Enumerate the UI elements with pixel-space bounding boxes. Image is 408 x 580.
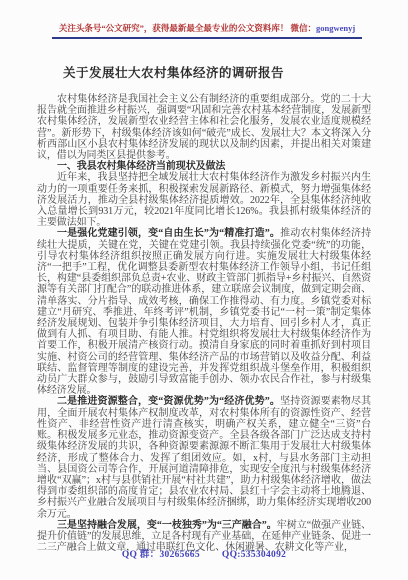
point-3-lead: 三是坚持融合发展，变“一枝独秀”为“三产融合”。 — [57, 520, 277, 531]
point-1-lead: 一是强化党建引领，变“自由生长”为“精准打造”。 — [57, 228, 280, 239]
paragraph-overview: 近年来，我县坚持把全域发展壮大农村集体经济作为激发乡村振兴内生动力的一项重要任务… — [37, 172, 371, 228]
section-heading-1: 一、我县农村集体经济当前现状及做法 — [37, 161, 371, 172]
point-1-text: 推动农村集体经济持续壮大提质，关键在党，关键在党建引领。我县持续强化党委“统”的… — [37, 228, 371, 396]
paragraph-intro: 农村集体经济是我国社会主义公有制经济的重要组成部分。党的二十大报告就全面推进乡村… — [37, 94, 371, 161]
point-2-lead: 二是推进资源整合，变“资源优势”为“经济优势”。 — [57, 396, 280, 407]
paragraph-point-1: 一是强化党建引领，变“自由生长”为“精准打造”。推动农村集体经济持续壮大提质，关… — [37, 228, 371, 396]
paragraph-point-2: 二是推进资源整合，变“资源优势”为“经济优势”。坚持资源要素物尽其用，全面开展农… — [37, 396, 371, 519]
header-promo-banner: 关注头条号“公文研究”，获得最新最全最专业的公文资料库！ 微信：gongweny… — [52, 22, 362, 39]
header-promo-text: 关注头条号“公文研究”，获得最新最全最专业的公文资料库！ 微信： — [59, 23, 316, 33]
qq-group-number: QQ 群：30265665 — [122, 550, 200, 560]
document-page: 关注头条号“公文研究”，获得最新最全最专业的公文资料库！ 微信：gongweny… — [0, 0, 408, 580]
qq-number: QQ:535304092 — [222, 550, 286, 560]
document-title: 关于发展壮大农村集体经济的调研报告 — [37, 63, 371, 81]
footer-contact: QQ 群：30265665QQ:535304092 — [0, 546, 408, 560]
document-body: 农村集体经济是我国社会主义公有制经济的重要组成部分。党的二十大报告就全面推进乡村… — [37, 94, 371, 553]
point-2-text: 坚持资源要素物尽其用，全面开展农村集体产权制度改革，对农村集体所有的资源性资产、… — [37, 396, 371, 519]
wechat-id-text: gongwenyj — [316, 23, 355, 33]
